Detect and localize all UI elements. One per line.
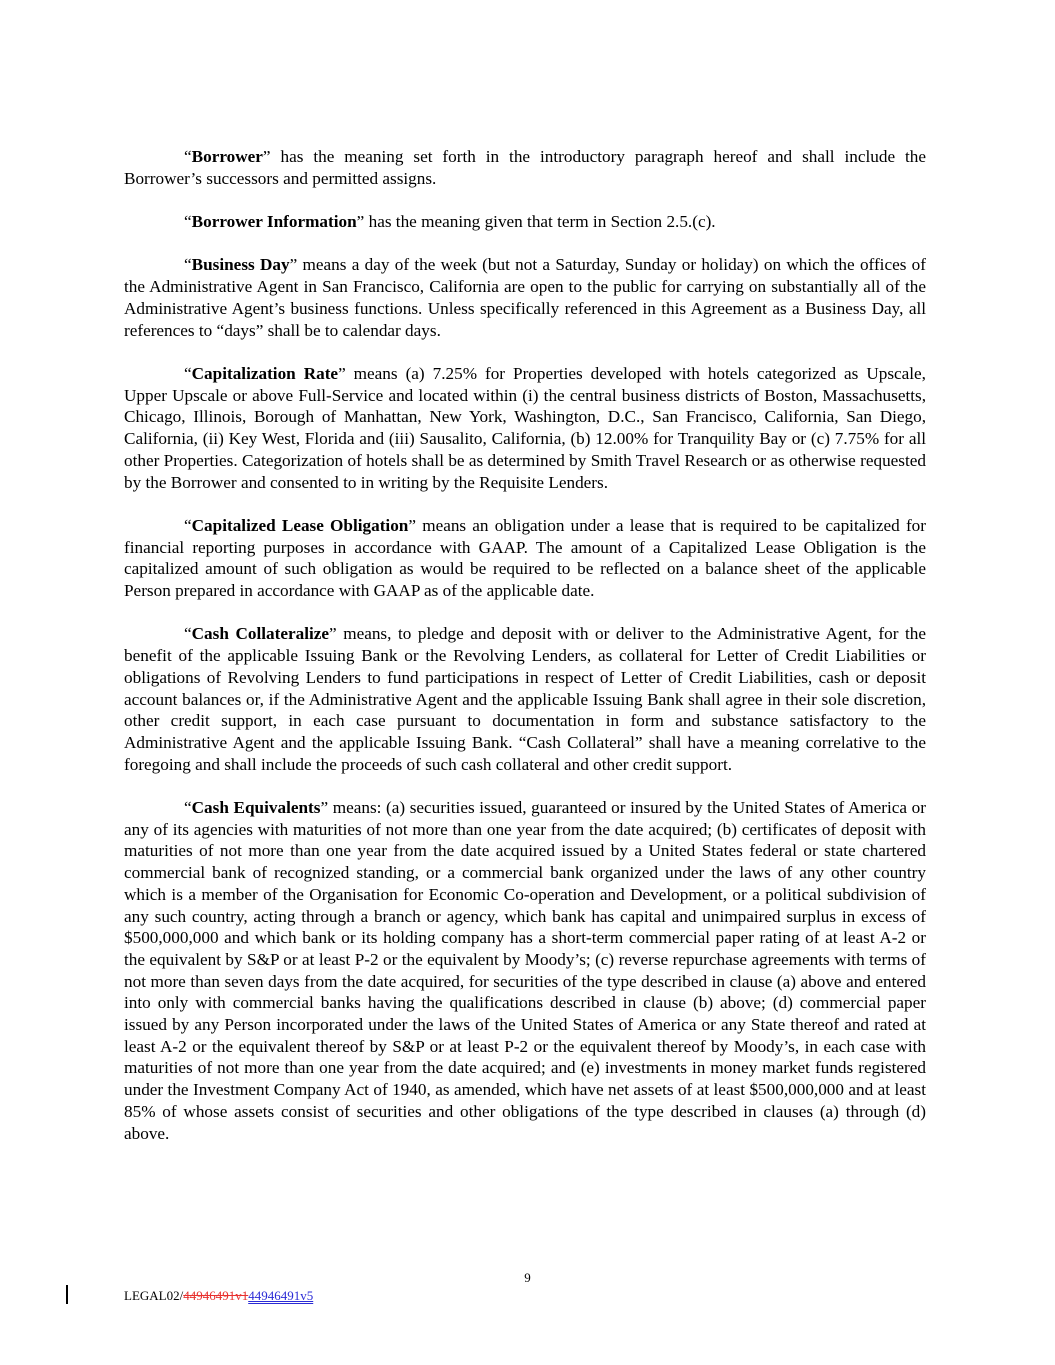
definition-text: means: (a) securities issued, guaranteed…: [124, 798, 926, 1143]
document-body: “Borrower” has the meaning set forth in …: [124, 146, 926, 1166]
definition-text: means (a) 7.25% for Properties developed…: [124, 364, 926, 492]
open-quote: “: [184, 798, 192, 817]
revision-change-bar: [66, 1285, 68, 1304]
deleted-version-id: 44946491v1: [183, 1288, 248, 1303]
close-quote: ”: [329, 624, 337, 643]
defined-term: Borrower: [192, 147, 263, 166]
definition-borrower-information: “Borrower Information” has the meaning g…: [124, 211, 926, 233]
definition-text: means, to pledge and deposit with or del…: [124, 624, 926, 773]
open-quote: “: [184, 516, 192, 535]
document-id-footer: LEGAL02/44946491v144946491v5: [124, 1288, 313, 1304]
defined-term: Cash Collateralize: [192, 624, 329, 643]
page-number: 9: [0, 1270, 1055, 1286]
close-quote: ”: [320, 798, 328, 817]
defined-term: Capitalized Lease Obligation: [192, 516, 409, 535]
definition-borrower: “Borrower” has the meaning set forth in …: [124, 146, 926, 189]
close-quote: ”: [263, 147, 271, 166]
close-quote: ”: [408, 516, 416, 535]
defined-term: Business Day: [192, 255, 290, 274]
definition-capitalization-rate: “Capitalization Rate” means (a) 7.25% fo…: [124, 363, 926, 493]
open-quote: “: [184, 364, 192, 383]
definition-business-day: “Business Day” means a day of the week (…: [124, 254, 926, 341]
open-quote: “: [184, 255, 192, 274]
defined-term: Cash Equivalents: [192, 798, 321, 817]
definition-text: has the meaning given that term in Secti…: [364, 212, 715, 231]
definition-capitalized-lease-obligation: “Capitalized Lease Obligation” means an …: [124, 515, 926, 602]
footer-prefix: LEGAL02/: [124, 1288, 183, 1303]
inserted-version-id: 44946491v5: [248, 1288, 313, 1303]
close-quote: ”: [338, 364, 346, 383]
definition-cash-collateralize: “Cash Collateralize” means, to pledge an…: [124, 623, 926, 775]
open-quote: “: [184, 147, 192, 166]
definition-cash-equivalents: “Cash Equivalents” means: (a) securities…: [124, 797, 926, 1144]
open-quote: “: [184, 212, 192, 231]
defined-term: Borrower Information: [192, 212, 357, 231]
open-quote: “: [184, 624, 192, 643]
defined-term: Capitalization Rate: [192, 364, 338, 383]
